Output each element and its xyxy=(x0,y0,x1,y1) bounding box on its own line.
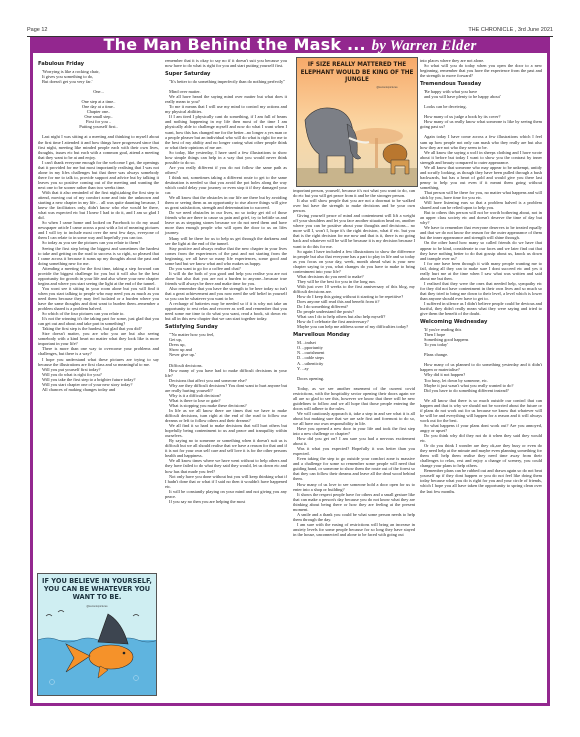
paragraph: So what happens if your plans dont work … xyxy=(420,423,542,433)
paragraph: It also will show people that you are no… xyxy=(293,198,415,213)
paragraph: With just over 10 weeks to the first ann… xyxy=(293,284,415,294)
paragraph: Do we need obstacles in our lives, no so… xyxy=(165,210,287,235)
paragraph: We have to remember that everyone deserv… xyxy=(420,225,542,240)
section-heading-wednesday: Welcoming Wednesday xyxy=(420,319,542,325)
column-3: important person, yourself, because it's… xyxy=(293,188,415,537)
paragraph: How many of us planned to do something y… xyxy=(420,362,542,372)
paragraph: Are you really different if you do not f… xyxy=(165,165,287,175)
illustration-caption: IF SIZE REALLY MATTERED THE ELEPHANT WOU… xyxy=(297,62,417,85)
page-number: Page 12 xyxy=(27,27,48,33)
paragraph: With that it also reminded of the first … xyxy=(38,190,159,220)
paragraph: So again I have included a few illustrat… xyxy=(293,249,415,274)
paragraph: How many of us really know what someone … xyxy=(420,119,542,129)
paragraph: To me it means that I will use my mind t… xyxy=(165,104,287,114)
paragraph: How did you get on? I am sure you had a … xyxy=(293,436,415,446)
paragraph: A recharge of batteries may be needed so… xyxy=(165,301,287,321)
paragraph: I am sure with the easing of restriction… xyxy=(293,522,415,537)
paragraph: You wont see it sitting in your room alo… xyxy=(38,286,159,311)
paragraph: If you say no then you are helping the m… xyxy=(165,499,287,504)
paragraph: If I am tired I physically cant do somet… xyxy=(165,114,287,149)
paragraph: We all find it so hard to make decisions… xyxy=(165,423,287,438)
paragraph: Also remember that you have the strength… xyxy=(165,286,287,301)
paragraph: Last night I was sitting at a meeting an… xyxy=(38,134,159,159)
paragraph: Many will be there for us to help us get… xyxy=(165,236,287,246)
paragraph: We will cautiously approach it, take a s… xyxy=(293,411,415,426)
sunday-quote: '"No matter how you feel, Get up, Dress … xyxy=(165,332,287,357)
paragraph: So when I came home and looked on Facebo… xyxy=(38,220,159,240)
paragraph: Size doesn't matter, you are who you are… xyxy=(38,331,159,346)
paragraph: Even taking the step to go outside your … xyxy=(293,456,415,481)
paragraph: Today, as we see another easement of the… xyxy=(293,386,415,411)
article-banner: The Man Behind the Mask ... by Warren El… xyxy=(30,37,550,53)
paragraph: How many of us love to see someone hold … xyxy=(293,482,415,492)
column-2: remember that it is okay to say no if it… xyxy=(165,58,287,504)
paragraph: So today, like yesterday, I have used a … xyxy=(165,150,287,165)
column-1: Fabulous Friday 'Worrying is like a rock… xyxy=(38,58,159,392)
paragraph: I suffered in silence as I didn't believ… xyxy=(420,301,542,316)
paragraph: Will have listening ears so that a probl… xyxy=(420,200,542,210)
paragraph: I hope you understand what these picture… xyxy=(38,357,159,367)
paragraph: In life as we all know there are times t… xyxy=(165,408,287,423)
section-heading-tuesday: Tremendous Tuesday xyxy=(420,81,542,87)
friday-quote: 'Worrying is like a rocking chair, It gi… xyxy=(38,69,159,84)
paragraph: It will do the both of you good and help… xyxy=(165,271,287,286)
paragraph: A smile and a thank you could be what so… xyxy=(293,512,415,522)
paragraph: We all know that someone who may appear … xyxy=(420,165,542,190)
byline: by Warren Elder xyxy=(372,38,477,54)
paragraph: Maybe you can help me address some of my… xyxy=(293,324,415,329)
column-4: into places where they are not alone. So… xyxy=(420,58,542,494)
paragraph: By saying no to someone or something whe… xyxy=(165,438,287,458)
paragraph: important person, yourself, because it's… xyxy=(293,188,415,198)
wednesday-quote: 'If you're reading this Then I hope Some… xyxy=(420,327,542,347)
section-heading-saturday: Super Saturday xyxy=(165,71,287,77)
tuesday-quote: 'Be happy with what you have and you wil… xyxy=(420,89,542,99)
goldfish-shark-fin-icon xyxy=(38,574,156,695)
paragraph: So what will you do today when you open … xyxy=(420,63,542,78)
paragraph: remember that it is okay to say no if it… xyxy=(165,58,287,68)
believe-in-yourself-illustration: IF YOU BELIEVE IN YOURSELF, YOU CAN BE W… xyxy=(37,573,157,696)
paragraph: Seeing the first step being the biggest … xyxy=(38,246,159,266)
section-heading-sunday: Satisfying Sunday xyxy=(165,324,287,330)
section-heading-monday: Marvellous Monday xyxy=(293,332,415,338)
paragraph: Giving yourself peace of mind and conten… xyxy=(293,213,415,248)
paragraph: I realised that they were the ones that … xyxy=(420,281,542,301)
saturday-quote: "It's better to do something imperfectly… xyxy=(165,79,287,84)
paragraph: I can't thank everyone enough for the we… xyxy=(38,160,159,190)
title-text: The Man Behind the Mask ... xyxy=(103,35,365,54)
paragraph: Or do you think I wonder are they ok,are… xyxy=(420,443,542,468)
paragraph: I think not, sometimes taking a differen… xyxy=(165,175,287,195)
elephant-illustration: IF SIZE REALLY MATTERED THE ELEPHANT WOU… xyxy=(296,57,418,187)
publication-date: THE CHRONICLE , 3rd June 2021 xyxy=(468,27,553,33)
paragraph: How many of you have had to make difficu… xyxy=(165,368,287,378)
paragraph: We all have heard the saying mind over m… xyxy=(165,94,287,104)
paragraph: On the other hand how many so called fri… xyxy=(420,240,542,260)
paragraph: Have you opened a new door in your life … xyxy=(293,426,415,436)
paragraph: There is more than one way to overcome y… xyxy=(38,346,159,356)
paragraph: We all know that the obstacles in our li… xyxy=(165,195,287,210)
paragraph: Again today I have come across a few ill… xyxy=(420,134,542,149)
monday-acrostic: M…indset O…pportunity N…ourishment D…oab… xyxy=(293,340,415,370)
paragraph: Why are they difficult decisions? You do… xyxy=(165,383,287,393)
paragraph: All chances of making changes today and xyxy=(38,387,159,392)
illustration-credit: @socomicpictures xyxy=(357,86,417,89)
section-heading-friday: Fabulous Friday xyxy=(38,61,159,67)
paragraph: We all know times where we have went wit… xyxy=(165,458,287,473)
paragraph: Stay positive and always realise that th… xyxy=(165,246,287,266)
article-title: The Man Behind the Mask ... by Warren El… xyxy=(30,35,550,55)
paragraph: Was it what you expected? Hopefully it w… xyxy=(293,446,415,456)
paragraph: It shows the respect people have for oth… xyxy=(293,492,415,512)
paragraph: Attending a meeting for the first time, … xyxy=(38,266,159,286)
paragraph: But to others this person will not be wo… xyxy=(420,210,542,225)
paragraph: It's not the winning it's the taking par… xyxy=(38,316,159,326)
paragraph: I for one have been through it with many… xyxy=(420,261,542,281)
paragraph: We all know the saying a wolf in sheeps … xyxy=(420,150,542,165)
paragraph: Not only have you done without but you w… xyxy=(165,474,287,489)
paragraph: That person will be there for you, no ma… xyxy=(420,190,542,200)
paragraph: Remember plans can be rubbed out and dra… xyxy=(420,468,542,493)
paragraph: It will be constantly playing on your mi… xyxy=(165,489,287,499)
paragraph: Do you think why did they not do it when… xyxy=(420,433,542,443)
paragraph: We all know that there is so much outsid… xyxy=(420,398,542,423)
